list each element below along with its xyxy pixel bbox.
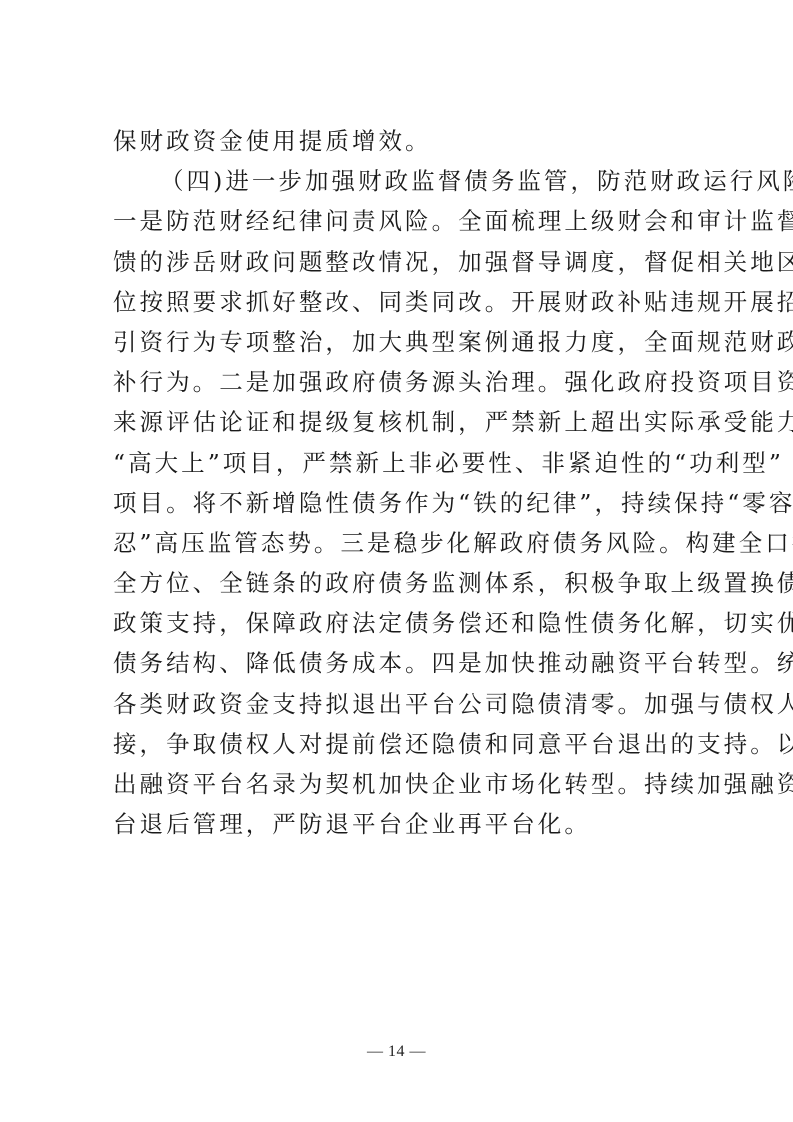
section-heading: （四)进一步加强财政监督债务监管，防范财政运行风险。: [113, 161, 685, 201]
text-line-1: 保财政资金使用提质增效。: [113, 121, 685, 161]
text-line-18: 台退后管理，严防退平台企业再平台化。: [113, 804, 685, 844]
text-line-8: 来源评估论证和提级复核机制，严禁新上超出实际承受能力的: [113, 402, 685, 442]
text-line-9: “高大上”项目，严禁新上非必要性、非紧迫性的“功利型”: [113, 443, 685, 483]
text-line-14: 债务结构、降低债务成本。四是加快推动融资平台转型。统筹: [113, 643, 685, 683]
text-line-11: 忍”高压监管态势。三是稳步化解政府债务风险。构建全口径、: [113, 523, 685, 563]
page-number: — 14 —: [0, 1043, 793, 1061]
text-line-17: 出融资平台名录为契机加快企业市场化转型。持续加强融资平: [113, 764, 685, 804]
text-line-16: 接，争取债权人对提前偿还隐债和同意平台退出的支持。以退: [113, 724, 685, 764]
text-line-13: 政策支持，保障政府法定债务偿还和隐性债务化解，切实优化: [113, 603, 685, 643]
text-line-10: 项目。将不新增隐性债务作为“铁的纪律”，持续保持“零容: [113, 483, 685, 523]
text-line-5: 位按照要求抓好整改、同类同改。开展财政补贴违规开展招商: [113, 282, 685, 322]
text-line-3: 一是防范财经纪律问责风险。全面梳理上级财会和审计监督反: [113, 201, 685, 241]
text-line-4: 馈的涉岳财政问题整改情况，加强督导调度，督促相关地区单: [113, 242, 685, 282]
text-line-6: 引资行为专项整治，加大典型案例通报力度，全面规范财政奖: [113, 322, 685, 362]
text-line-12: 全方位、全链条的政府债务监测体系，积极争取上级置换债等: [113, 563, 685, 603]
text-line-7: 补行为。二是加强政府债务源头治理。强化政府投资项目资金: [113, 362, 685, 402]
body-text: 保财政资金使用提质增效。 （四)进一步加强财政监督债务监管，防范财政运行风险。 …: [113, 121, 685, 844]
document-page: 保财政资金使用提质增效。 （四)进一步加强财政监督债务监管，防范财政运行风险。 …: [0, 0, 793, 1122]
text-line-15: 各类财政资金支持拟退出平台公司隐债清零。加强与债权人对: [113, 684, 685, 724]
